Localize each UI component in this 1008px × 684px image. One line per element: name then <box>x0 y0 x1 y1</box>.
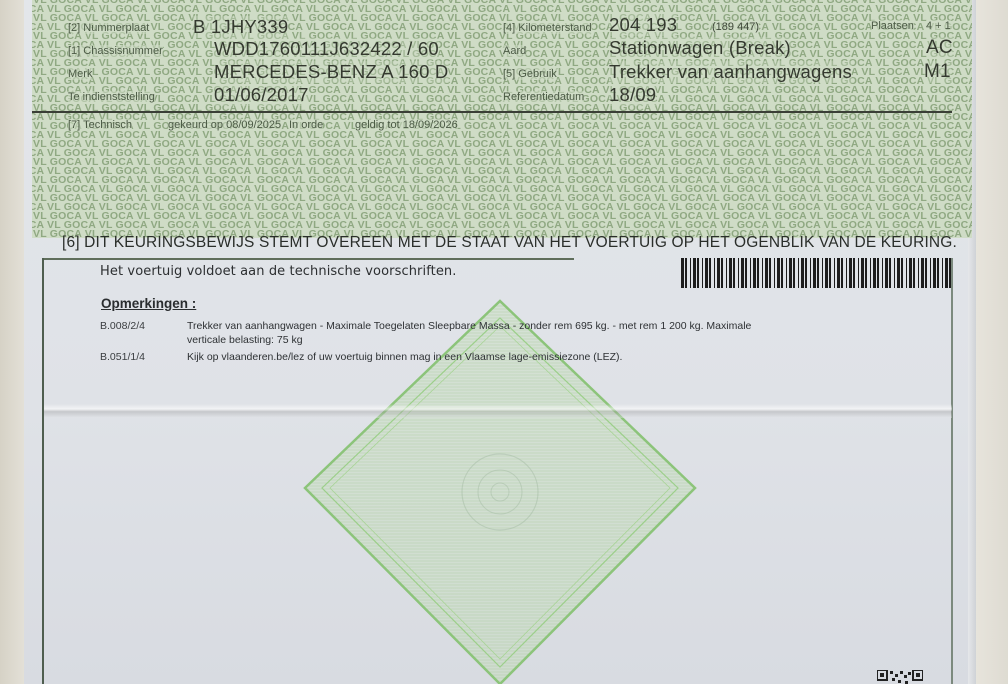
chassis-value: WDD1760111J632422 / 60 <box>214 38 439 60</box>
remark-text-continued: verticale belasting: 75 kg <box>187 334 303 346</box>
conformity-statement: [6] DIT KEURINGSBEWIJS STEMT OVEREEN MET… <box>62 234 957 252</box>
panel-bottom-line <box>44 258 574 260</box>
make-label: Merk <box>68 68 92 80</box>
make-value: MERCEDES-BENZ A 160 D <box>214 61 449 83</box>
usage-label: [5] Gebruik <box>503 68 557 80</box>
plate-value: B 1JHY339 <box>193 16 288 38</box>
seats-label: Plaatsen <box>871 20 914 32</box>
plate-label: [2] Nummerplaat <box>68 22 149 34</box>
odometer-label: [4] Kilometerstand <box>503 22 592 34</box>
table-surface-left <box>0 0 26 684</box>
remark-text: Kijk op vlaanderen.be/lez of uw voertuig… <box>187 351 622 363</box>
usage-value: Trekker van aanhangwagens <box>609 61 852 83</box>
inspected-date: gekeurd op 08/09/2025 <box>168 119 281 131</box>
body-type-value: Stationwagen (Break) <box>609 37 791 59</box>
odometer-value: 204 193 <box>609 14 677 36</box>
technical-status: In orde <box>289 119 323 131</box>
technical-label: [7] Technisch <box>68 119 132 131</box>
body-type-code: AC <box>926 37 953 59</box>
fields-divider <box>32 111 952 113</box>
seats-value: 4 + 1 <box>926 20 951 32</box>
qr-code-icon <box>877 670 923 684</box>
vehicle-category: M1 <box>924 61 951 83</box>
reference-date-label: Referentiedatum <box>503 91 584 103</box>
remark-code: B.051/1/4 <box>100 351 145 363</box>
table-surface-right <box>975 0 1008 684</box>
remark-text: Trekker van aanhangwagen - Maximale Toeg… <box>187 320 751 332</box>
remarks-title: Opmerkingen : <box>101 296 196 311</box>
valid-until: geldig tot 18/09/2026 <box>355 119 458 131</box>
chassis-label: [1] Chassisnummer <box>68 45 163 57</box>
barcode-icon <box>681 258 952 288</box>
first-registration-value: 01/06/2017 <box>214 84 309 106</box>
frame-left-border <box>42 258 44 684</box>
frame-right-border <box>951 258 953 684</box>
paper-fold-crease <box>44 404 952 418</box>
remark-code: B.008/2/4 <box>100 320 145 332</box>
odometer-previous: (189 447) <box>712 21 759 33</box>
inspection-result: Het voertuig voldoet aan de technische v… <box>100 264 457 279</box>
first-registration-label: Te indienststelling <box>68 91 155 103</box>
reference-date-value: 18/09 <box>609 84 656 106</box>
body-type-label: Aard <box>503 45 526 57</box>
